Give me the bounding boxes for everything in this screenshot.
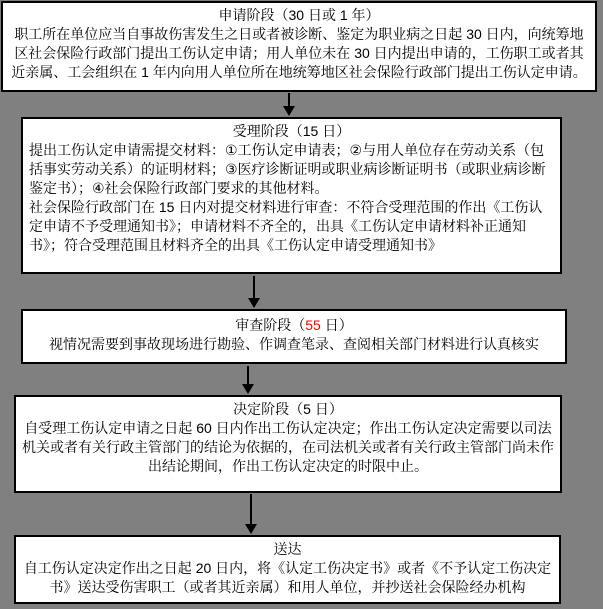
arrow-line (253, 276, 255, 298)
stage-title-review-suffix: 日） (321, 317, 353, 333)
arrow-head-icon (248, 298, 260, 308)
stage-box-application: 申请阶段（30 日或 1 年） 职工所在单位应当自事故伤害发生之日或者被诊断、鉴… (1, 1, 597, 92)
flow-arrow-down-4 (245, 494, 257, 534)
stage-box-review: 审查阶段（55 日） 视情况需要到事故现场进行勘验、作调查笔录、查阅相关部门材料… (21, 309, 567, 364)
flowchart-canvas: 申请阶段（30 日或 1 年） 职工所在单位应当自事故伤害发生之日或者被诊断、鉴… (0, 0, 603, 609)
arrow-line (250, 494, 252, 524)
stage-box-delivery: 送达 自工伤认定决定作出之日起 20 日内，将《认定工伤决定书》或者《不予认定工… (14, 535, 561, 604)
stage-title-application: 申请阶段（30 日或 1 年） (9, 6, 589, 25)
stage-body-application: 职工所在单位应当自事故伤害发生之日或者被诊断、鉴定为职业病之日起 30 日内，向… (9, 25, 589, 82)
stage-title-review-prefix: 审查阶段（ (235, 317, 305, 333)
flow-arrow-down-2 (248, 276, 260, 308)
stage-body-delivery: 自工伤认定决定作出之日起 20 日内，将《认定工伤决定书》或者《不予认定工伤决定… (22, 559, 553, 597)
arrow-head-icon (283, 106, 295, 116)
flow-arrow-down-3 (242, 366, 254, 394)
stage-title-acceptance: 受理阶段（15 日） (29, 122, 554, 141)
arrow-line (247, 366, 249, 384)
stage-title-review: 审查阶段（55 日） (29, 316, 559, 335)
arrow-head-icon (242, 384, 254, 394)
flow-arrow-down-1 (283, 93, 295, 116)
stage-title-delivery: 送达 (22, 540, 553, 559)
stage-body-acceptance-review: 社会保险行政部门在 15 日内对提交材料进行审查：不符合受理范围的作出《工伤认定… (29, 198, 554, 255)
stage-body-decision: 自受理工伤认定申请之日起 60 日内作出工伤认定决定；作出工伤认定决定需要以司法… (22, 419, 554, 476)
stage-title-review-days: 55 (305, 317, 321, 333)
stage-body-review: 视情况需要到事故现场进行勘验、作调查笔录、查阅相关部门材料进行认真核实 (29, 335, 559, 354)
stage-body-acceptance-materials: 提出工伤认定申请需提交材料：①工伤认定申请表；②与用人单位存在劳动关系（包括事实… (29, 141, 554, 198)
stage-box-acceptance: 受理阶段（15 日） 提出工伤认定申请需提交材料：①工伤认定申请表；②与用人单位… (21, 117, 562, 274)
stage-title-decision: 决定阶段（5 日） (22, 400, 554, 419)
arrow-line (288, 93, 290, 106)
arrow-head-icon (245, 524, 257, 534)
stage-box-decision: 决定阶段（5 日） 自受理工伤认定申请之日起 60 日内作出工伤认定决定；作出工… (14, 395, 562, 493)
